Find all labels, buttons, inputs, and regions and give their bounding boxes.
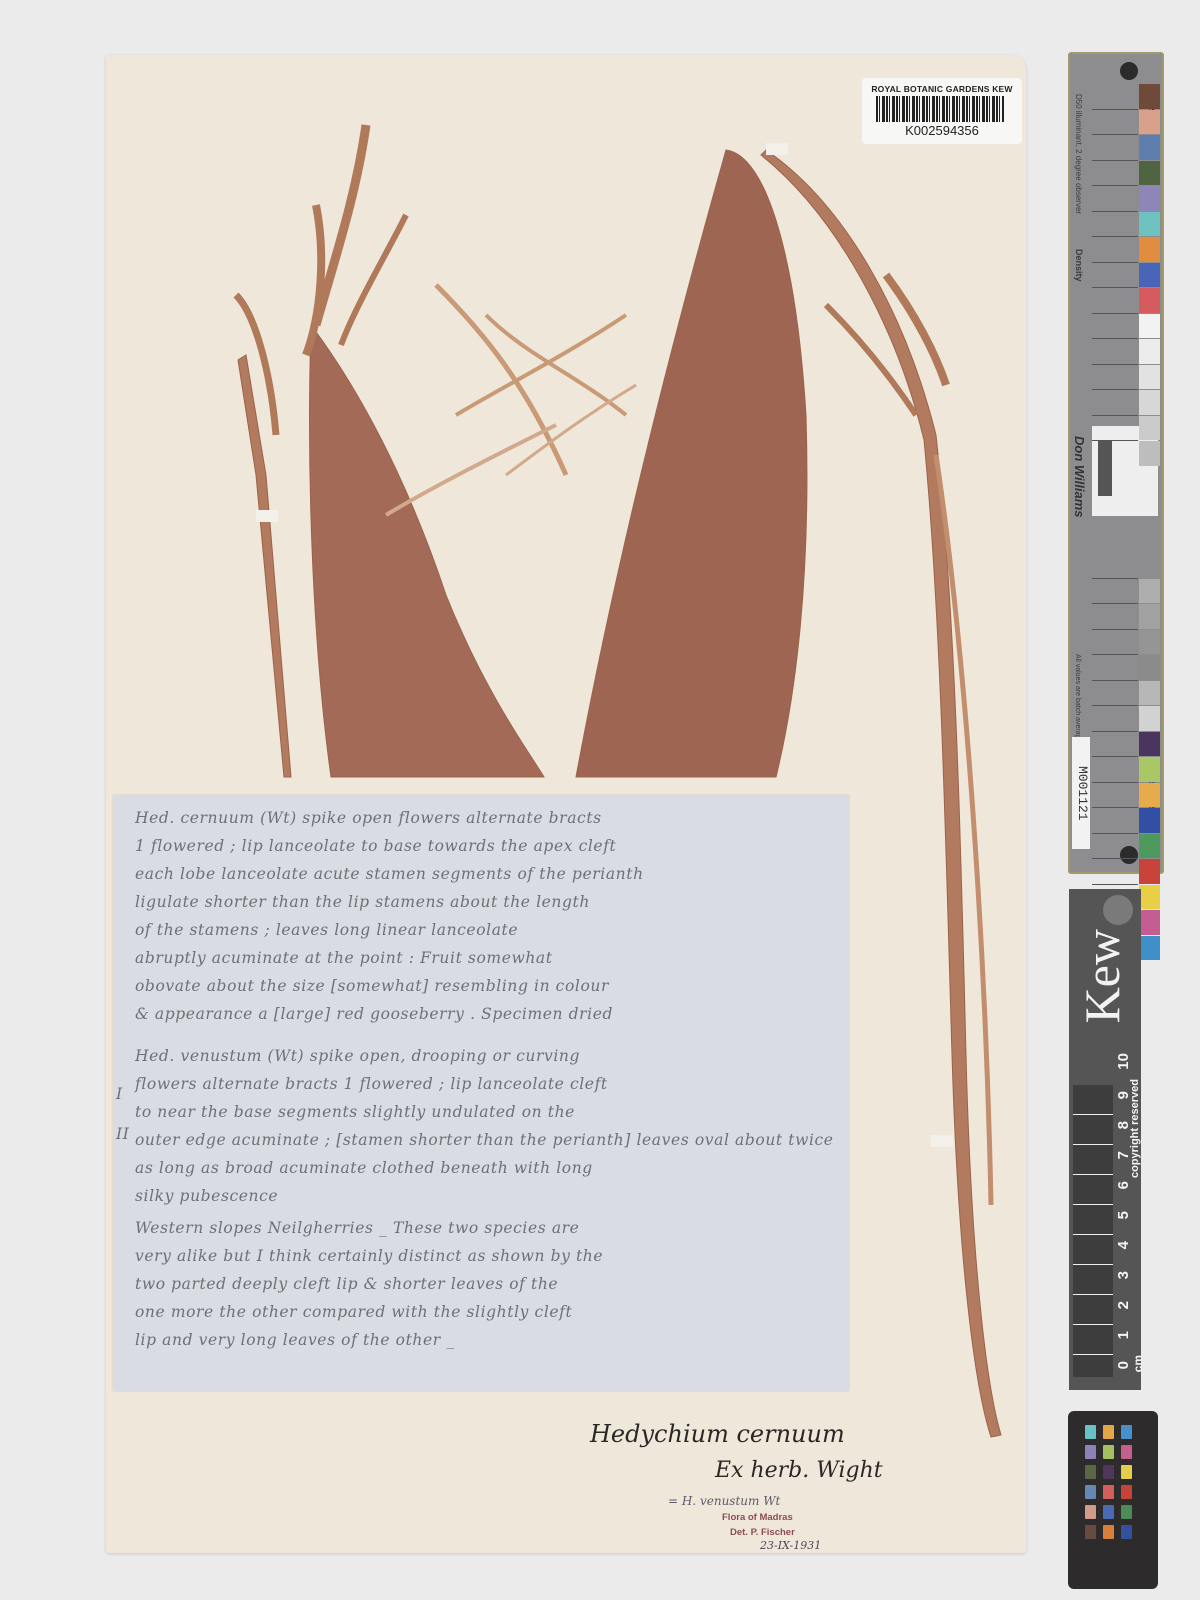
checker-patch — [1121, 1445, 1132, 1459]
patch-divider — [1092, 389, 1138, 390]
checker-patch — [1121, 1525, 1132, 1539]
margin-mark: II — [116, 1125, 129, 1143]
checker-patch — [1121, 1505, 1132, 1519]
checker-patch — [1103, 1525, 1114, 1539]
checker-patch — [1121, 1485, 1132, 1499]
checker-patch — [1103, 1465, 1114, 1479]
color-patch — [1139, 314, 1160, 339]
note-line: each lobe lanceolate acute stamen segmen… — [135, 865, 644, 883]
color-patch — [1139, 212, 1160, 237]
color-patch — [1139, 604, 1160, 629]
royal-crest-icon — [1103, 895, 1133, 925]
checker-patch — [1085, 1485, 1096, 1499]
scale-number: 10 — [1115, 1053, 1132, 1070]
patch-divider — [1092, 262, 1138, 263]
color-patch — [1139, 416, 1160, 441]
note-line: outer edge acuminate ; [stamen shorter t… — [135, 1131, 834, 1149]
chart-hole-icon — [1120, 62, 1138, 80]
note-line: of the stamens ; leaves long linear lanc… — [135, 921, 518, 939]
color-patch — [1139, 441, 1160, 466]
patch-divider — [1092, 705, 1138, 706]
patch-divider — [1092, 415, 1138, 416]
patch-divider — [1092, 884, 1138, 885]
patch-divider — [1092, 287, 1138, 288]
color-patch — [1139, 706, 1160, 731]
color-patch — [1139, 186, 1160, 211]
color-patch — [1139, 808, 1160, 833]
patch-divider — [1092, 603, 1138, 604]
scale-number: 8 — [1115, 1121, 1132, 1129]
color-patch — [1139, 732, 1160, 757]
scale-number: 2 — [1115, 1301, 1132, 1309]
checker-patch — [1103, 1425, 1114, 1439]
color-patch — [1139, 237, 1160, 262]
note-line: very alike but I think certainly distinc… — [135, 1247, 603, 1265]
patch-divider — [1092, 629, 1138, 630]
chart-hole-icon — [1120, 846, 1138, 864]
checker-patch — [1085, 1525, 1096, 1539]
color-patch — [1139, 757, 1160, 782]
color-patch — [1139, 859, 1160, 884]
scale-number: 1 — [1115, 1331, 1132, 1339]
checker-patch — [1085, 1505, 1096, 1519]
barcode-icon — [876, 96, 1004, 122]
color-checker-card — [1068, 1411, 1158, 1589]
checker-patch — [1103, 1485, 1114, 1499]
chart-id: M001121 — [1072, 737, 1090, 849]
flora-stamp: Flora of Madras — [722, 1512, 793, 1523]
patch-divider — [1092, 364, 1138, 365]
note-line: 1 flowered ; lip lanceolate to base towa… — [135, 837, 616, 855]
det-stamp: Det. P. Fischer — [730, 1527, 795, 1538]
synonym-note: = H. venustum Wt — [668, 1494, 780, 1508]
color-patch — [1139, 910, 1160, 935]
color-patch — [1139, 390, 1160, 415]
density-label: Density — [1074, 249, 1084, 282]
patch-divider — [1092, 807, 1138, 808]
checker-patch — [1121, 1465, 1132, 1479]
illuminant-note: D50 illuminant, 2 degree observer — [1074, 94, 1083, 214]
patch-divider — [1092, 578, 1138, 579]
patch-divider — [1092, 109, 1138, 110]
scale-ticks — [1073, 1085, 1113, 1377]
note-line: lip and very long leaves of the other _ — [135, 1331, 455, 1349]
checker-patch — [1085, 1445, 1096, 1459]
scale-number: 3 — [1115, 1271, 1132, 1279]
patch-divider — [1092, 185, 1138, 186]
checker-patch — [1121, 1425, 1132, 1439]
patch-divider — [1092, 756, 1138, 757]
color-patch — [1139, 339, 1160, 364]
note-line: two parted deeply cleft lip & shorter le… — [135, 1275, 558, 1293]
scale-number: 9 — [1115, 1091, 1132, 1099]
patch-divider — [1092, 833, 1138, 834]
patch-divider — [1092, 440, 1138, 441]
color-patch — [1139, 630, 1160, 655]
determination-source: Ex herb. Wight — [715, 1458, 883, 1483]
color-patch — [1139, 885, 1160, 910]
values-note: All values are batch averages — [1074, 654, 1081, 746]
patch-divider — [1092, 731, 1138, 732]
kew-logo: Kew — [1077, 929, 1127, 1023]
color-patch — [1139, 365, 1160, 390]
institution-name: ROYAL BOTANIC GARDENS KEW — [862, 84, 1022, 94]
patch-divider — [1092, 782, 1138, 783]
note-line: Hed. cernuum (Wt) spike open flowers alt… — [135, 809, 602, 827]
checker-patch — [1085, 1425, 1096, 1439]
scale-number: 0 — [1115, 1361, 1132, 1369]
note-line: obovate about the size [somewhat] resemb… — [135, 977, 609, 995]
determination-name: Hedychium cernuum — [590, 1420, 845, 1448]
color-patch — [1139, 135, 1160, 160]
note-line: ligulate shorter than the lip stamens ab… — [135, 893, 590, 911]
color-patch — [1139, 579, 1160, 604]
patch-divider — [1092, 858, 1138, 859]
patch-divider — [1092, 680, 1138, 681]
color-calibration-chart: D50 illuminant, 2 degree observer inches… — [1068, 52, 1164, 874]
margin-mark: I — [116, 1085, 123, 1103]
scale-number: 7 — [1115, 1151, 1132, 1159]
note-line: as long as broad acuminate clothed benea… — [135, 1159, 593, 1177]
patch-divider — [1092, 236, 1138, 237]
color-patch — [1139, 936, 1160, 961]
handwritten-note: Hed. cernuum (Wt) spike open flowers alt… — [113, 795, 849, 1391]
color-patch — [1139, 110, 1160, 135]
note-line: Western slopes Neilgherries _ These two … — [135, 1219, 579, 1237]
barcode-label: ROYAL BOTANIC GARDENS KEW K002594356 — [862, 78, 1022, 144]
patch-divider — [1092, 134, 1138, 135]
determination-date: 23-IX-1931 — [760, 1539, 821, 1552]
note-line: to near the base segments slightly undul… — [135, 1103, 575, 1121]
color-patch — [1139, 263, 1160, 288]
note-line: abruptly acuminate at the point : Fruit … — [135, 949, 553, 967]
brand-label: Don Williams — [1072, 436, 1087, 518]
color-patch — [1139, 834, 1160, 859]
patch-divider — [1092, 313, 1138, 314]
color-patch — [1139, 655, 1160, 680]
scale-number: 5 — [1115, 1211, 1132, 1219]
patch-divider — [1092, 338, 1138, 339]
color-patch — [1139, 783, 1160, 808]
color-patch — [1139, 161, 1160, 186]
scale-number: 6 — [1115, 1181, 1132, 1189]
note-line: flowers alternate bracts 1 flowered ; li… — [135, 1075, 608, 1093]
color-patch — [1139, 288, 1160, 313]
note-line: one more the other compared with the sli… — [135, 1303, 572, 1321]
checker-patch — [1103, 1505, 1114, 1519]
note-line: Hed. venustum (Wt) spike open, drooping … — [135, 1047, 580, 1065]
patch-divider — [1092, 160, 1138, 161]
color-patch — [1139, 84, 1160, 109]
patch-divider — [1092, 654, 1138, 655]
note-line: silky pubescence — [135, 1187, 278, 1205]
scale-number: 4 — [1115, 1241, 1132, 1249]
barcode-number: K002594356 — [862, 123, 1022, 138]
note-line: & appearance a [large] red gooseberry . … — [135, 1005, 613, 1023]
checker-patch — [1085, 1465, 1096, 1479]
patch-divider — [1092, 211, 1138, 212]
kew-scale-bar: Kew copyright reserved 0 1 2 3 4 5 6 7 8… — [1069, 889, 1141, 1390]
unit-label: cm — [1131, 1355, 1145, 1372]
checker-patch — [1103, 1445, 1114, 1459]
color-patch — [1139, 681, 1160, 706]
